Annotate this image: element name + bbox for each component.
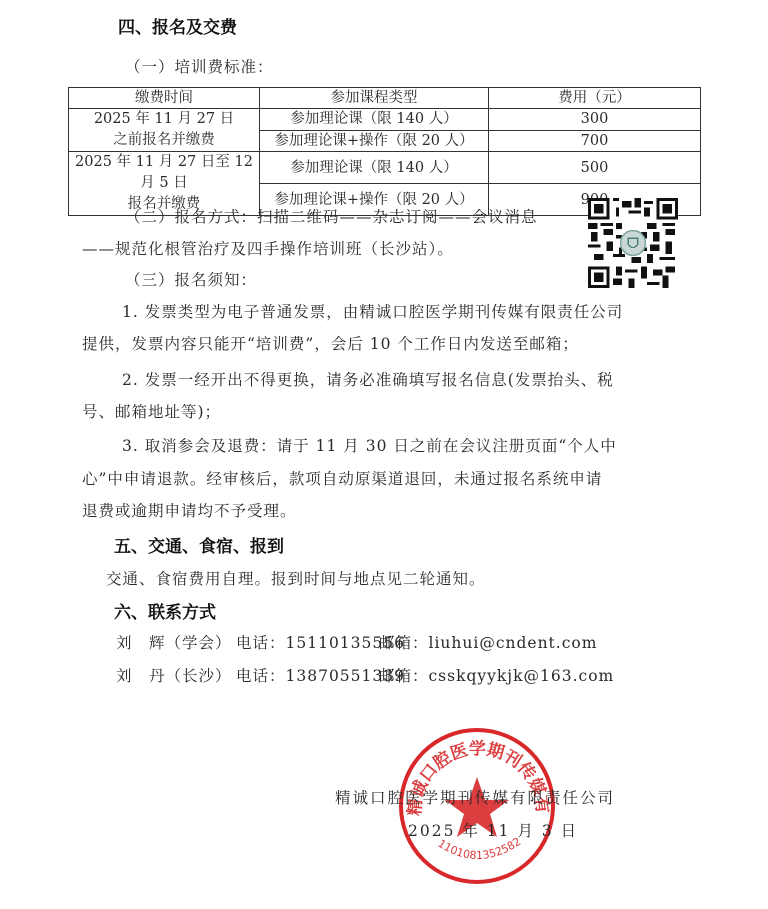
table-row: 2025 年 11 月 27 日 之前报名并缴费 参加理论课（限 140 人） …: [69, 109, 701, 131]
qr-code-icon[interactable]: [588, 198, 678, 288]
course-cell: 参加理论课+操作（限 20 人）: [260, 130, 489, 152]
header-payment-time: 缴费时间: [69, 88, 260, 109]
contact-name: 刘 丹（长沙）: [116, 664, 232, 686]
fee-cell: 300: [489, 109, 701, 131]
section-5-title: 五、交通、食宿、报到: [114, 532, 284, 557]
table-row: 2025 年 11 月 27 日至 12 月 5 日 报名并缴费 参加理论课（限…: [69, 152, 701, 184]
fee-standard-subtitle: （一）培训费标准：: [125, 55, 274, 77]
note-3-line2: 心”中申请退款。经审核后，款项自动原渠道退回，未通过报名系统申请: [82, 467, 602, 489]
section-6-title: 六、联系方式: [114, 598, 216, 623]
contact-email: 邮箱：liuhui@cndent.com: [379, 631, 597, 653]
fee-table: 缴费时间 参加课程类型 费用（元） 2025 年 11 月 27 日 之前报名并…: [68, 87, 701, 216]
note-3-line3: 退费或逾期申请均不予受理。: [82, 499, 297, 521]
note-1-line1: 1. 发票类型为电子普通发票，由精诚口腔医学期刊传媒有限责任公司: [122, 300, 623, 322]
period-line: 2025 年 11 月 27 日至 12 月 5 日: [69, 152, 259, 194]
course-cell: 参加理论课（限 140 人）: [260, 152, 489, 184]
note-2-line2: 号、邮箱地址等)；: [82, 400, 221, 422]
registration-method-line2: ——规范化根管治疗及四手操作培训班（长沙站）。: [82, 237, 454, 259]
fee-cell: 700: [489, 130, 701, 152]
section-5-text: 交通、食宿费用自理。报到时间与地点见二轮通知。: [106, 567, 486, 589]
contact-name: 刘 辉（学会）: [116, 631, 232, 653]
registration-method-line1: （二）报名方式：扫描二维码——杂志订阅——会议消息: [125, 205, 538, 227]
period-line: 之前报名并缴费: [69, 130, 259, 151]
table-header-row: 缴费时间 参加课程类型 费用（元）: [69, 88, 701, 109]
signature-organization: 精诚口腔医学期刊传媒有限责任公司: [335, 786, 615, 808]
fee-cell: 500: [489, 152, 701, 184]
note-1-line2: 提供，发票内容只能开“培训费”，会后 10 个工作日内发送至邮箱；: [82, 332, 579, 354]
signature-date: 2025 年 11 月 3 日: [408, 819, 578, 841]
header-course-type: 参加课程类型: [260, 88, 489, 109]
section-4-title: 四、报名及交费: [118, 13, 237, 38]
period-line: 2025 年 11 月 27 日: [69, 109, 259, 130]
period-cell: 2025 年 11 月 27 日 之前报名并缴费: [69, 109, 260, 152]
registration-notice-subtitle: （三）报名须知：: [125, 268, 257, 290]
course-cell: 参加理论课（限 140 人）: [260, 109, 489, 131]
header-fee: 费用（元）: [489, 88, 701, 109]
note-2-line1: 2. 发票一经开出不得更换，请务必准确填写报名信息(发票抬头、税: [122, 368, 614, 390]
contact-email: 邮箱：csskqyykjk@163.com: [379, 664, 614, 686]
note-3-line1: 3. 取消参会及退费：请于 11 月 30 日之前在会议注册页面“个人中: [122, 434, 617, 456]
